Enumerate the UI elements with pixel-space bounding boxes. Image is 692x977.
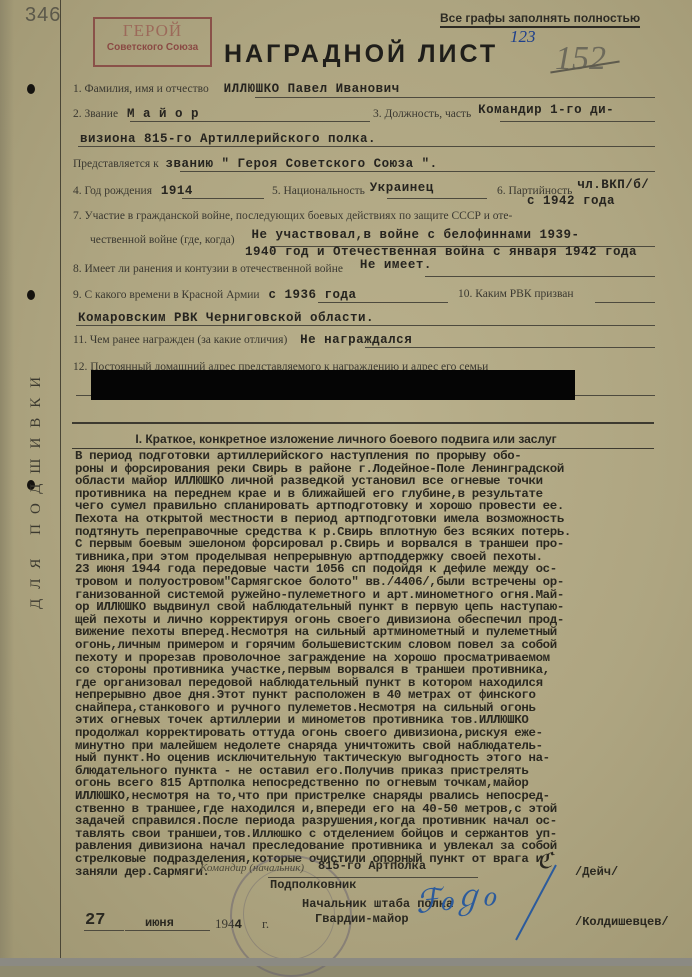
commander-name: /Дейч/ — [575, 865, 618, 879]
field-name: 1. Фамилия, имя и отчество ИЛЛЮШКО Павел… — [73, 82, 400, 96]
field-party-value-cont: с 1942 года — [527, 194, 615, 208]
field-army-since-value: с 1936 года — [268, 288, 356, 302]
commander-label: Командир (начальник) — [200, 862, 304, 874]
field-position-label: 3. Должность, часть — [373, 108, 471, 120]
commander-rank: Подполковник — [270, 878, 356, 892]
field-army-since: 9. С какого времени в Красной Армии с 19… — [73, 288, 356, 302]
field-party-cont: с 1942 года — [527, 194, 615, 208]
punch-hole — [27, 290, 35, 300]
punch-hole — [27, 84, 35, 94]
field-position: 3. Должность, часть Командир 1-го ди- — [373, 107, 614, 121]
field-rank-value: М а й о р — [127, 107, 199, 121]
narrative-line: непрерывно двое дня.Этот пункт расположе… — [75, 689, 665, 702]
field-wars-label: 7. Участие в гражданской войне, последую… — [73, 210, 512, 222]
folio-number: 346 — [25, 4, 61, 27]
field-wars-value-cont: 1940 год и Отечественная война с января … — [245, 245, 637, 259]
field-wounds: 8. Имеет ли ранения и контузии в отечест… — [73, 262, 432, 276]
margin-rule — [60, 0, 61, 962]
field-wars-label-cont: чественной войне (где, когда) — [90, 234, 235, 246]
field-name-value: ИЛЛЮШКО Павел Иванович — [224, 82, 400, 96]
narrative-line: В период подготовки артиллерийского наст… — [75, 450, 665, 463]
margin-filing-label: ДЛЯ ПОДШИВКИ — [28, 345, 58, 630]
underline — [255, 97, 655, 98]
field-wars-value-cont-row: 1940 год и Отечественная война с января … — [245, 245, 637, 259]
field-name-label: 1. Фамилия, имя и отчество — [73, 83, 209, 95]
date-year: 1944 — [215, 916, 243, 932]
underline — [130, 121, 370, 122]
narrative-line: ор ИЛЛЮШКО выдвинул свой наблюдательный … — [75, 601, 665, 614]
field-rvk-value: Комаровским РВК Черниговской области. — [78, 311, 374, 325]
underline — [500, 121, 655, 122]
narrative-line: Пехота на открытой местности в период ар… — [75, 513, 665, 526]
field-wars: 7. Участие в гражданской войне, последую… — [73, 210, 512, 222]
underline — [78, 146, 655, 147]
underline — [425, 276, 655, 277]
field-wars-value: Не участвовал,в войне с белофиннами 1939… — [251, 228, 579, 242]
field-rvk: 10. Каким РВК призван — [458, 288, 574, 300]
field-birth-year-value: 1914 — [161, 184, 193, 198]
underline — [318, 302, 448, 303]
page-title: НАГРАДНОЙ ЛИСТ — [224, 40, 498, 69]
commander-unit: 815-го Артполка — [318, 859, 426, 873]
underline — [180, 171, 655, 172]
underline — [365, 347, 655, 348]
field-presented-label: Представляется к — [73, 158, 159, 170]
field-army-since-label: 9. С какого времени в Красной Армии — [73, 289, 260, 301]
field-presented: Представляется к званию " Героя Советско… — [73, 157, 438, 171]
narrative-heading: I. Краткое, конкретное изложение личного… — [0, 432, 692, 446]
underline — [387, 198, 487, 199]
section-rule — [72, 422, 654, 424]
ink-number: 123 — [510, 27, 536, 47]
stamp-line-1: ГЕРОЙ — [95, 22, 210, 39]
date-day: 27 — [85, 911, 105, 930]
commander-signature: ℭ — [537, 849, 552, 874]
underline — [595, 302, 655, 303]
hero-stamp: ГЕРОЙ Советского Союза — [93, 17, 212, 67]
field-wounds-label: 8. Имеет ли ранения и контузии в отечест… — [73, 263, 343, 275]
field-nationality: 5. Национальность Украинец — [272, 184, 434, 198]
narrative-line: продолжал корректировать оттуда огонь св… — [75, 727, 665, 740]
field-presented-value: званию " Героя Советского Союза ". — [166, 157, 438, 171]
field-nationality-value: Украинец — [370, 181, 434, 195]
page-edge-shadow — [0, 0, 14, 962]
field-rvk-value-row: Комаровским РВК Черниговской области. — [78, 311, 374, 325]
stamp-line-2: Советского Союза — [95, 43, 210, 53]
narrative-line: области майор ИЛЛЮШКО личной разведкой у… — [75, 475, 665, 488]
fill-instruction: Все графы заполнять полностью — [440, 11, 640, 28]
redacted-address — [91, 370, 575, 400]
underline — [76, 325, 655, 326]
pencil-number: 152 — [555, 40, 606, 78]
field-nationality-label: 5. Национальность — [272, 185, 365, 197]
narrative-line: тровом и полуостровом"Сармягское болото"… — [75, 576, 665, 589]
narrative-line: огонь,личным примером и горячим большеви… — [75, 639, 665, 652]
scan-edge — [0, 958, 692, 966]
field-position-cont: визиона 815-го Артиллерийского полка. — [80, 132, 376, 146]
award-sheet: 346 ДЛЯ ПОДШИВКИ ГЕРОЙ Советского Союза … — [0, 0, 692, 962]
field-rank-label: 2. Звание — [73, 108, 118, 120]
field-position-value: Командир 1-го ди- — [478, 103, 614, 117]
field-party-value: чл.ВКП/б/ — [577, 178, 649, 192]
field-rvk-label: 10. Каким РВК призван — [458, 288, 574, 300]
narrative-line: С первым боевым эшелоном форсировал р.Св… — [75, 538, 665, 551]
narrative-text: В период подготовки артиллерийского наст… — [75, 450, 665, 878]
chief-name: /Колдишевцев/ — [575, 915, 669, 929]
underline — [84, 930, 124, 931]
field-prior-awards-label: 11. Чем ранее награжден (за какие отличи… — [73, 334, 287, 346]
field-wounds-value: Не имеет. — [360, 258, 432, 272]
underline — [182, 198, 264, 199]
chief-rank: Гвардии-майор — [315, 912, 409, 926]
chief-signature: ℱℴℊℴ — [413, 869, 496, 923]
field-prior-awards: 11. Чем ранее награжден (за какие отличи… — [73, 333, 412, 347]
field-birth-year-label: 4. Год рождения — [73, 185, 152, 197]
narrative-line: ИЛЛЮШКО,несмотря на то,что при пристрелк… — [75, 790, 665, 803]
field-position-value-cont: визиона 815-го Артиллерийского полка. — [80, 132, 376, 146]
narrative-line: ный пункт.Но оценив исключительную такти… — [75, 752, 665, 765]
date-suffix: г. — [262, 916, 269, 932]
underline — [125, 930, 210, 931]
field-prior-awards-value: Не награждался — [300, 333, 412, 347]
narrative-line: со стороны противника участке,первым вор… — [75, 664, 665, 677]
narrative-line: задачей справился.После периода разрушен… — [75, 815, 665, 828]
field-rank: 2. Звание М а й о р — [73, 107, 199, 121]
field-birth-year: 4. Год рождения 1914 — [73, 184, 193, 198]
date-month: июня — [145, 916, 174, 930]
